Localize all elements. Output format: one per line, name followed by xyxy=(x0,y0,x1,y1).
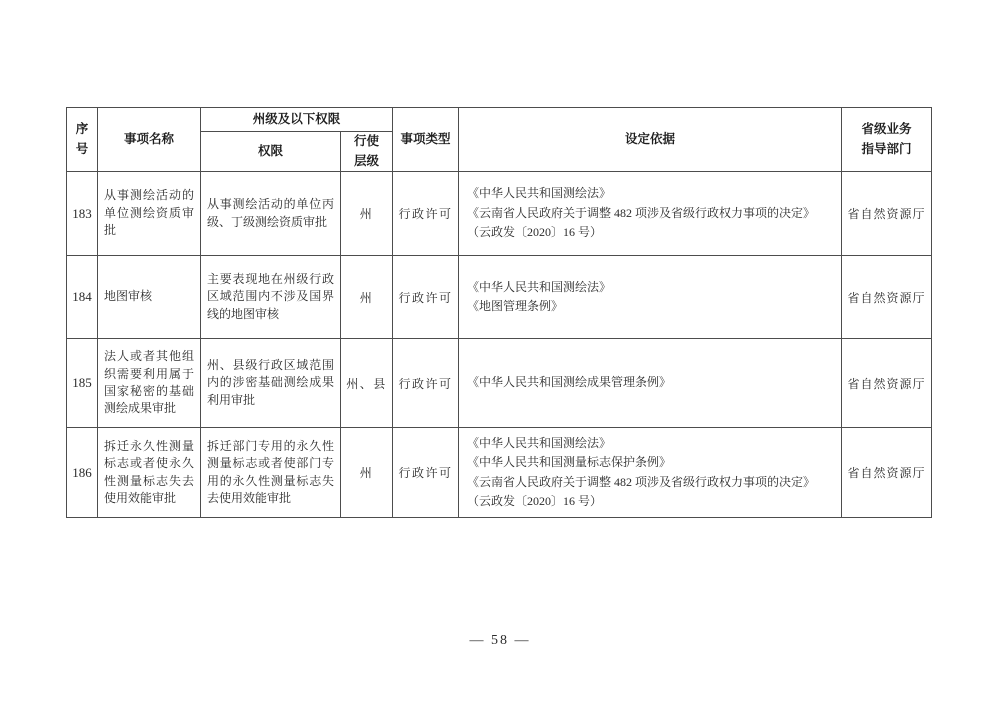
col-header-prefecture-group: 州级及以下权限 xyxy=(201,108,393,132)
cell-exercise-level: 州 xyxy=(341,256,393,339)
col-header-item-type: 事项类型 xyxy=(393,108,459,172)
cell-provincial-dept: 省自然资源厅 xyxy=(842,339,932,428)
table-row-186: 186 拆迁永久性测量标志或者使永久性测量标志失去使用效能审批 拆迁部门专用的永… xyxy=(67,428,932,518)
cell-authority: 从事测绘活动的单位丙级、丁级测绘资质审批 xyxy=(201,172,341,256)
table-row-184: 184 地图审核 主要表现地在州级行政区域范围内不涉及国界线的地图审核 州 行政… xyxy=(67,256,932,339)
cell-provincial-dept: 省自然资源厅 xyxy=(842,256,932,339)
cell-authority: 主要表现地在州级行政区域范围内不涉及国界线的地图审核 xyxy=(201,256,341,339)
cell-serial: 184 xyxy=(67,256,98,339)
col-header-provincial-dept: 省级业务 指导部门 xyxy=(842,108,932,172)
col-header-serial: 序 号 xyxy=(67,108,98,172)
cell-serial: 185 xyxy=(67,339,98,428)
cell-item-type: 行政许可 xyxy=(393,428,459,518)
page-number: — 58 — xyxy=(0,633,1000,649)
cell-basis: 《中华人民共和国测绘法》 《中华人民共和国测量标志保护条例》 《云南省人民政府关… xyxy=(459,428,842,518)
cell-provincial-dept: 省自然资源厅 xyxy=(842,172,932,256)
col-header-authority: 权限 xyxy=(201,132,341,172)
col-header-exercise-level: 行使 层级 xyxy=(341,132,393,172)
cell-item-name: 地图审核 xyxy=(98,256,201,339)
cell-exercise-level: 州、县 xyxy=(341,339,393,428)
cell-item-name: 拆迁永久性测量标志或者使永久性测量标志失去使用效能审批 xyxy=(98,428,201,518)
table-header-row-1: 序 号 事项名称 州级及以下权限 事项类型 设定依据 省级业务 指导部门 xyxy=(67,108,932,132)
cell-exercise-level: 州 xyxy=(341,172,393,256)
cell-item-type: 行政许可 xyxy=(393,339,459,428)
approval-items-table: 序 号 事项名称 州级及以下权限 事项类型 设定依据 省级业务 指导部门 权限 … xyxy=(66,107,932,518)
cell-serial: 183 xyxy=(67,172,98,256)
col-header-item-name: 事项名称 xyxy=(98,108,201,172)
table-row-185: 185 法人或者其他组织需要利用属于国家秘密的基础测绘成果审批 州、县级行政区域… xyxy=(67,339,932,428)
cell-authority: 拆迁部门专用的永久性测量标志或者使部门专用的永久性测量标志失去使用效能审批 xyxy=(201,428,341,518)
cell-serial: 186 xyxy=(67,428,98,518)
cell-item-name: 法人或者其他组织需要利用属于国家秘密的基础测绘成果审批 xyxy=(98,339,201,428)
cell-basis: 《中华人民共和国测绘法》 《云南省人民政府关于调整 482 项涉及省级行政权力事… xyxy=(459,172,842,256)
cell-exercise-level: 州 xyxy=(341,428,393,518)
cell-authority: 州、县级行政区域范围内的涉密基础测绘成果利用审批 xyxy=(201,339,341,428)
document-page: 序 号 事项名称 州级及以下权限 事项类型 设定依据 省级业务 指导部门 权限 … xyxy=(0,0,1000,707)
cell-provincial-dept: 省自然资源厅 xyxy=(842,428,932,518)
cell-item-name: 从事测绘活动的单位测绘资质审批 xyxy=(98,172,201,256)
col-header-basis: 设定依据 xyxy=(459,108,842,172)
cell-item-type: 行政许可 xyxy=(393,256,459,339)
table-row-183: 183 从事测绘活动的单位测绘资质审批 从事测绘活动的单位丙级、丁级测绘资质审批… xyxy=(67,172,932,256)
cell-item-type: 行政许可 xyxy=(393,172,459,256)
cell-basis: 《中华人民共和国测绘成果管理条例》 xyxy=(459,339,842,428)
cell-basis: 《中华人民共和国测绘法》 《地图管理条例》 xyxy=(459,256,842,339)
